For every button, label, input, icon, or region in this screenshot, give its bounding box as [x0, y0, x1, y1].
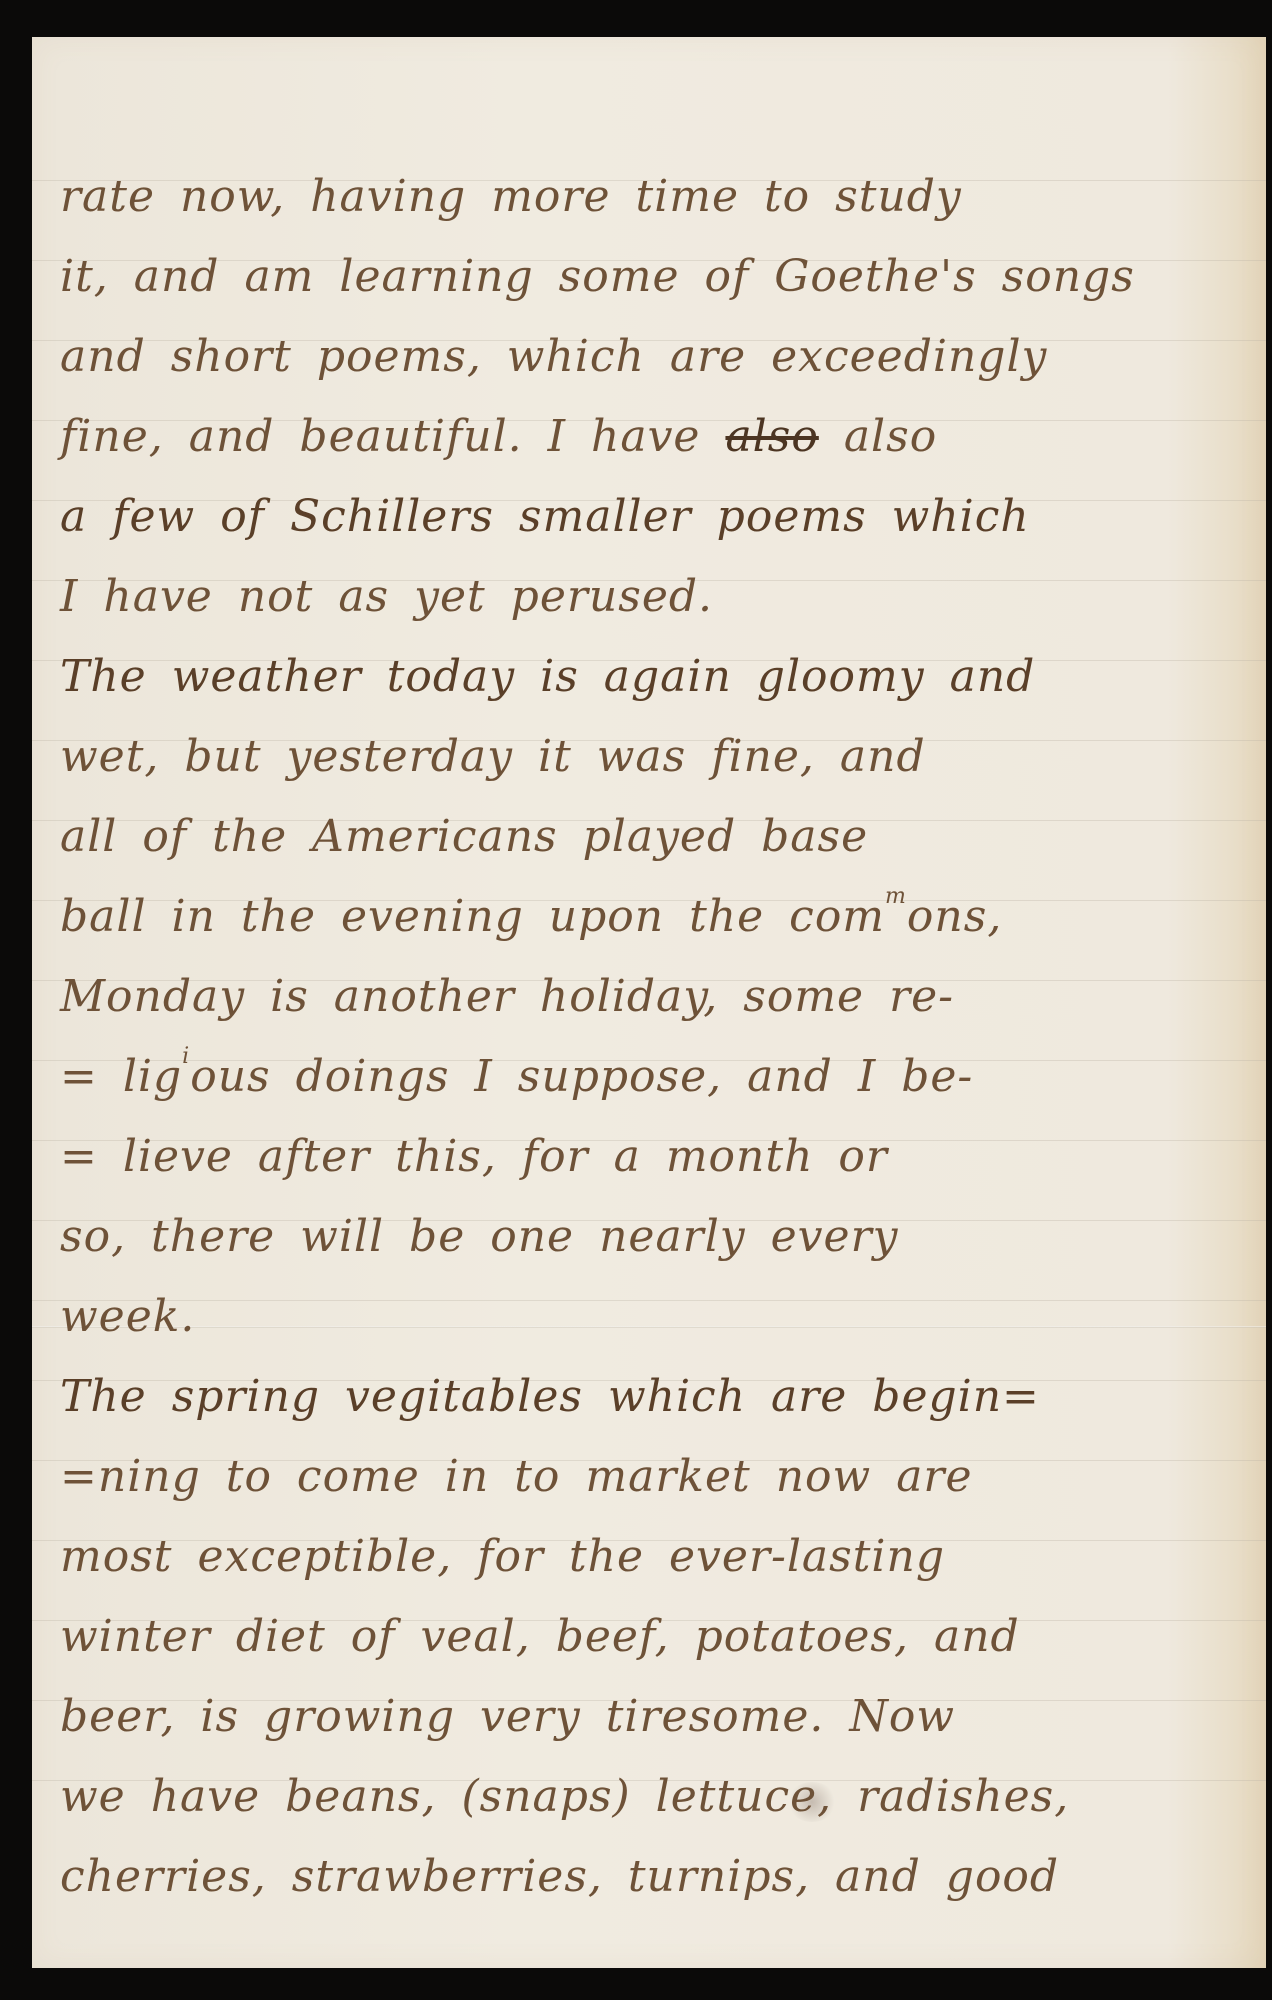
handwritten-line: winter diet of veal, beef, potatoes, and [60, 1615, 1020, 1659]
handwritten-line: ball in the evening upon the commons, [60, 895, 1002, 939]
struck-out-word: also [725, 411, 818, 462]
handwritten-line: I have not as yet perused. [60, 575, 713, 619]
handwritten-line: all of the Americans played base [60, 815, 868, 859]
handwritten-line: The weather today is again gloomy and [60, 655, 1035, 699]
scanned-document: rate now, having more time to study it, … [0, 0, 1272, 2000]
line-text: also [819, 411, 937, 462]
handwritten-line: fine, and beautiful. I have also also [60, 415, 937, 459]
line-text: = lig [60, 1051, 182, 1102]
handwritten-line: we have beans, (snaps) lettuce, radishes… [60, 1775, 1069, 1819]
handwritten-line: rate now, having more time to study [60, 175, 962, 219]
handwritten-line: so, there will be one nearly every [60, 1215, 898, 1259]
handwritten-line: it, and am learning some of Goethe's son… [60, 255, 1135, 299]
handwritten-line: and short poems, which are exceedingly [60, 335, 1047, 379]
handwritten-line: Monday is another holiday, some re- [60, 975, 954, 1019]
handwritten-line: The spring vegitables which are begin= [60, 1375, 1040, 1419]
line-text: ball in the evening upon the com [60, 891, 885, 942]
handwritten-line: wet, but yesterday it was fine, and [60, 735, 926, 779]
line-text: ous doings I suppose, and I be- [190, 1051, 973, 1102]
handwritten-line: most exceptible, for the ever-lasting [60, 1535, 945, 1579]
handwritten-line: week. [60, 1295, 195, 1339]
ruled-line [32, 1300, 1266, 1301]
handwritten-line: beer, is growing very tiresome. Now [60, 1695, 955, 1739]
letter-page: rate now, having more time to study it, … [32, 37, 1266, 1968]
handwritten-line: a few of Schillers smaller poems which [60, 495, 1030, 539]
inserted-letter: m [885, 884, 907, 909]
line-text: ons, [907, 891, 1002, 942]
handwritten-line: =ning to come in to market now are [60, 1455, 973, 1499]
handwritten-line: = lieve after this, for a month or [60, 1135, 888, 1179]
paper-fold [32, 1326, 1266, 1328]
handwritten-line: = ligious doings I suppose, and I be- [60, 1055, 973, 1099]
handwritten-line: cherries, strawberries, turnips, and goo… [60, 1855, 1059, 1899]
line-text: fine, and beautiful. I have [60, 411, 725, 462]
inserted-letter: i [182, 1044, 190, 1069]
